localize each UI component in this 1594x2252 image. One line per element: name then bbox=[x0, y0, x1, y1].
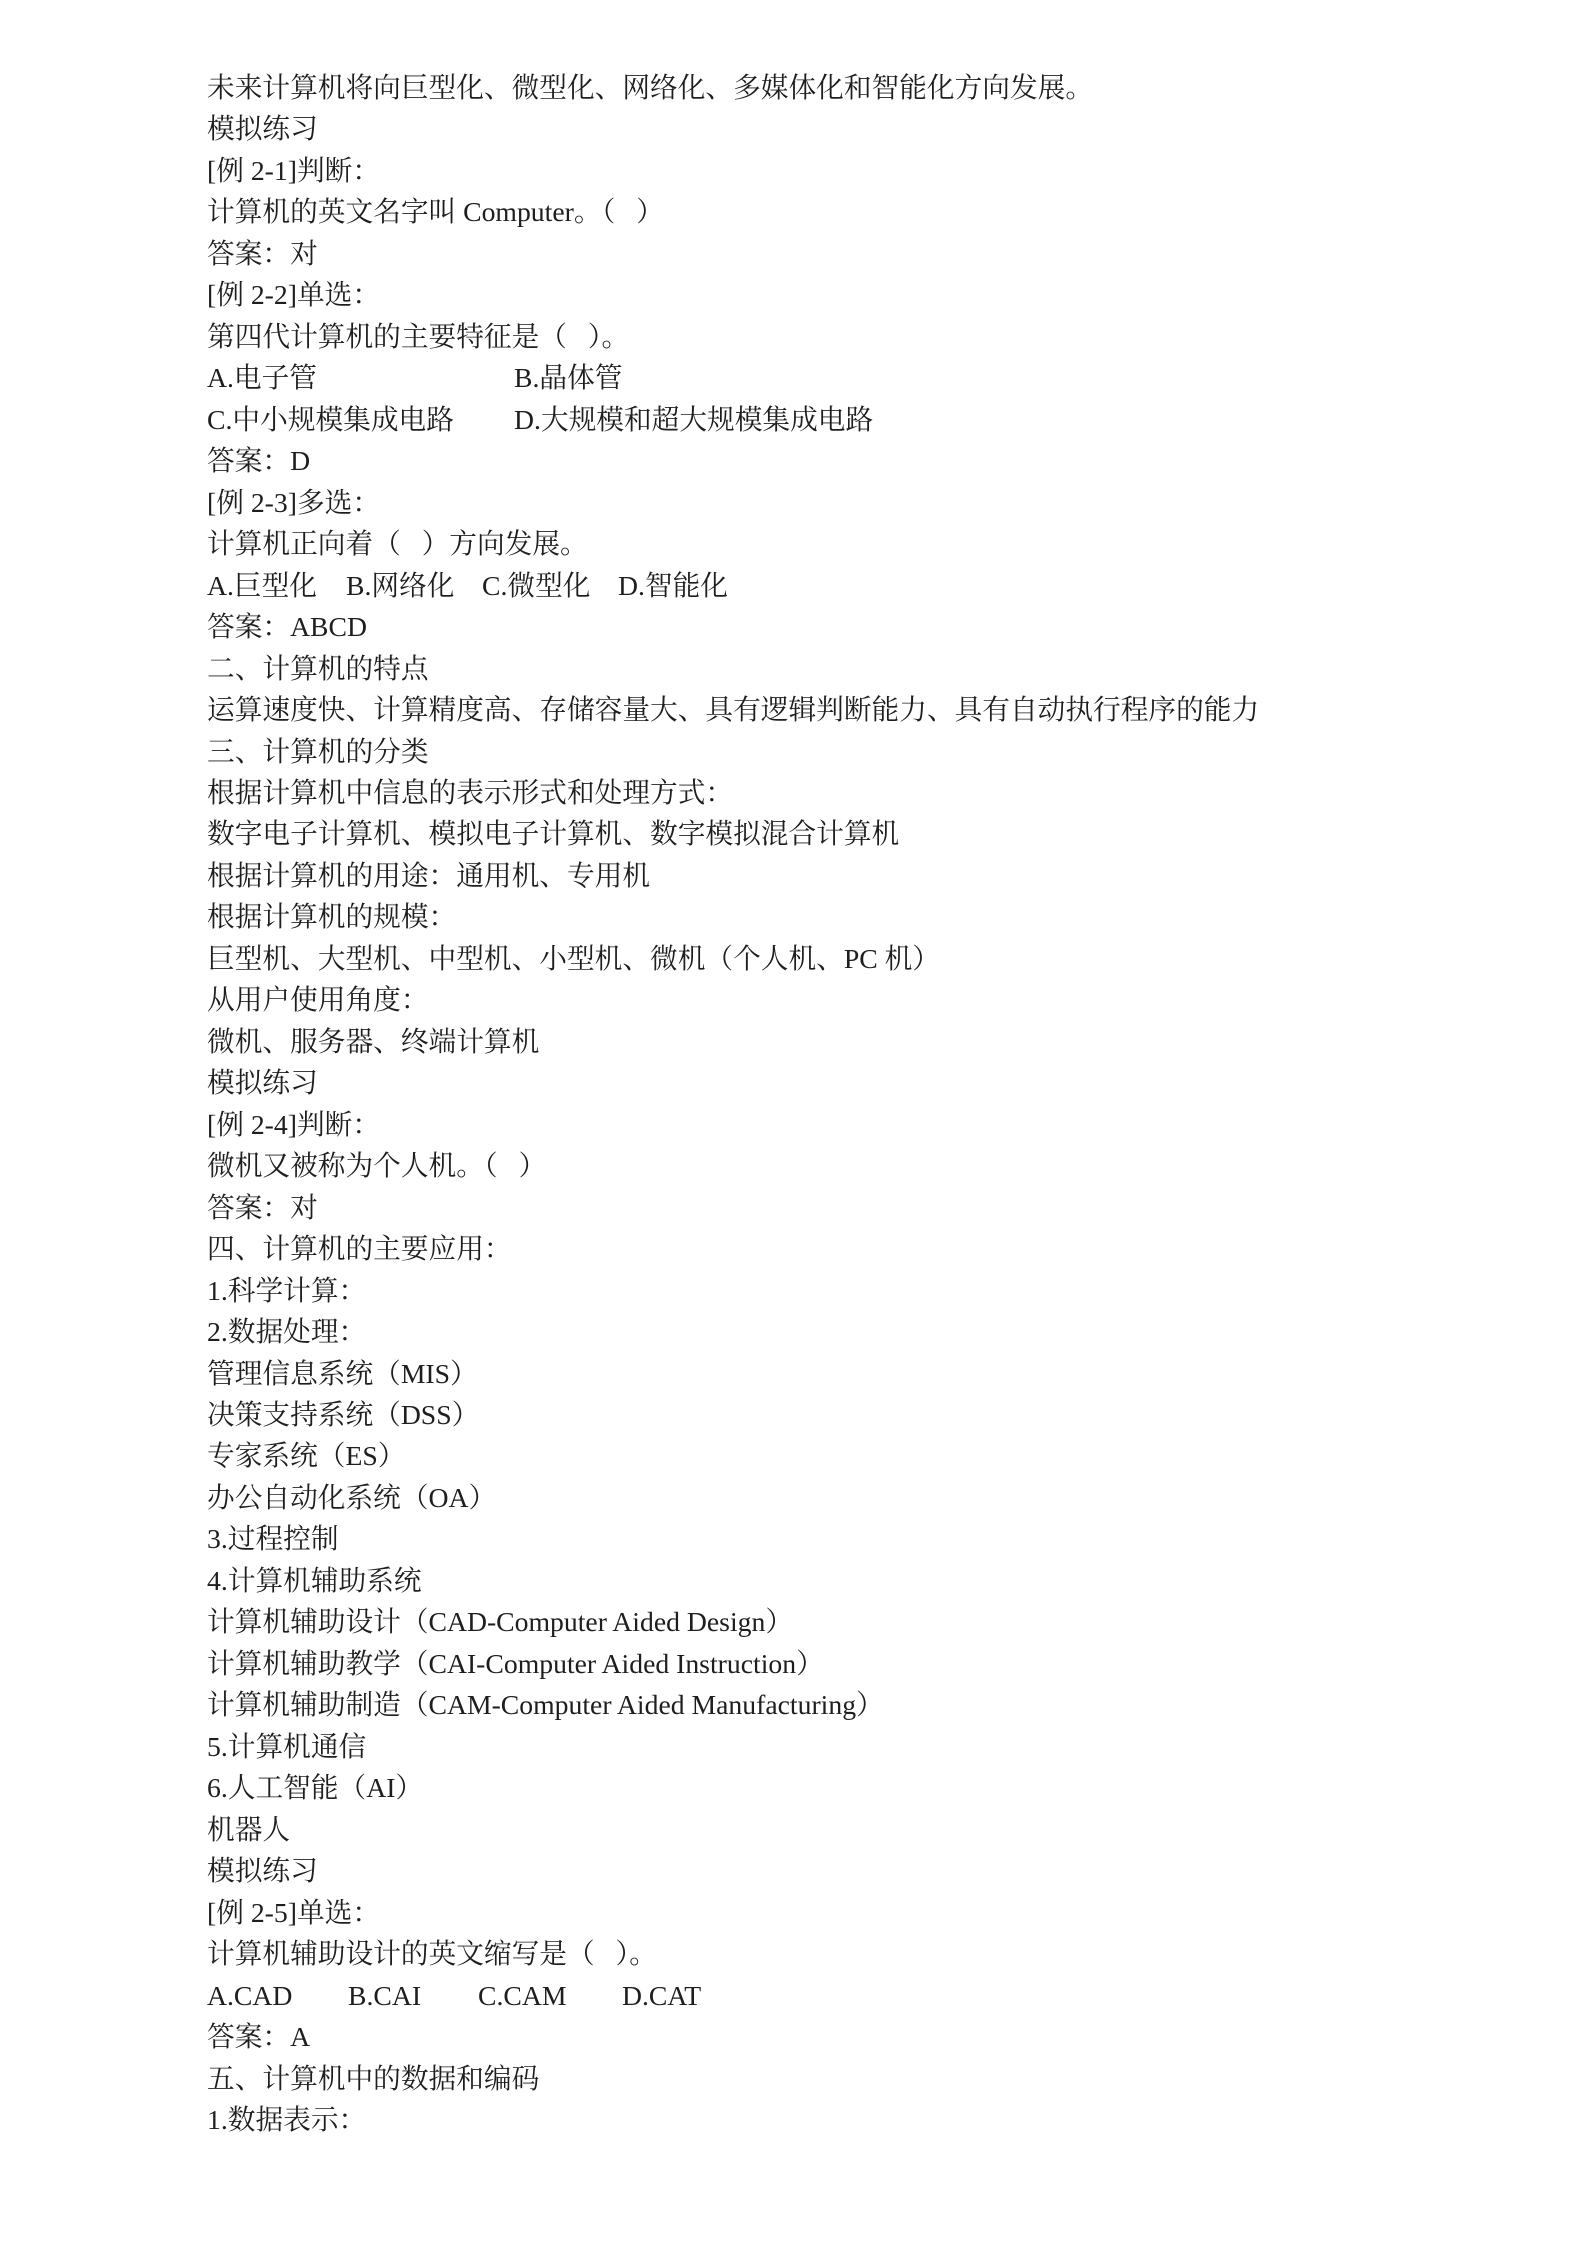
option-c: C.微型化 bbox=[482, 565, 590, 606]
document-page: 未来计算机将向巨型化、微型化、网络化、多媒体化和智能化方向发展。 模拟练习 [例… bbox=[0, 0, 1594, 2252]
example-question: 计算机的英文名字叫 Computer。（ ） bbox=[207, 191, 1507, 232]
option-a: A.巨型化 bbox=[207, 565, 317, 606]
option-b: B.CAI bbox=[348, 1975, 421, 2016]
option-b: B.晶体管 bbox=[514, 357, 622, 398]
section-line: 办公自动化系统（OA） bbox=[207, 1477, 1507, 1518]
section-line: 机器人 bbox=[207, 1809, 1507, 1850]
example-question: 计算机辅助设计的英文缩写是（ ）。 bbox=[207, 1933, 1507, 1974]
example-answer: 答案：A bbox=[207, 2016, 1507, 2057]
section-line: 根据计算机中信息的表示形式和处理方式： bbox=[207, 772, 1507, 813]
section-line: 3.过程控制 bbox=[207, 1518, 1507, 1559]
practice-heading: 模拟练习 bbox=[207, 1850, 1507, 1891]
section-line: 管理信息系统（MIS） bbox=[207, 1353, 1507, 1394]
section-line: 6.人工智能（AI） bbox=[207, 1767, 1507, 1808]
options-row: C.中小规模集成电路 D.大规模和超大规模集成电路 bbox=[207, 399, 1507, 440]
example-answer: 答案：对 bbox=[207, 233, 1507, 274]
example-label: [例 2-2]单选： bbox=[207, 274, 1507, 315]
example-answer: 答案：对 bbox=[207, 1187, 1507, 1228]
practice-heading: 模拟练习 bbox=[207, 1062, 1507, 1103]
section-line: 从用户使用角度： bbox=[207, 979, 1507, 1020]
practice-heading: 模拟练习 bbox=[207, 108, 1507, 149]
section-line: 2.数据处理： bbox=[207, 1311, 1507, 1352]
section-line: 计算机辅助设计（CAD-Computer Aided Design） bbox=[207, 1601, 1507, 1642]
section-line: 数字电子计算机、模拟电子计算机、数字模拟混合计算机 bbox=[207, 813, 1507, 854]
option-d: D.大规模和超大规模集成电路 bbox=[514, 399, 873, 440]
example-question: 第四代计算机的主要特征是（ ）。 bbox=[207, 316, 1507, 357]
section-heading: 四、计算机的主要应用： bbox=[207, 1228, 1507, 1269]
example-question: 计算机正向着（ ）方向发展。 bbox=[207, 523, 1507, 564]
example-label: [例 2-1]判断： bbox=[207, 150, 1507, 191]
section-line: 计算机辅助教学（CAI-Computer Aided Instruction） bbox=[207, 1643, 1507, 1684]
section-line: 1.科学计算： bbox=[207, 1270, 1507, 1311]
example-label: [例 2-4]判断： bbox=[207, 1104, 1507, 1145]
section-heading: 五、计算机中的数据和编码 bbox=[207, 2058, 1507, 2099]
option-a: A.CAD bbox=[207, 1975, 292, 2016]
section-line: 根据计算机的用途：通用机、专用机 bbox=[207, 855, 1507, 896]
section-line: 5.计算机通信 bbox=[207, 1726, 1507, 1767]
section-line: 专家系统（ES） bbox=[207, 1435, 1507, 1476]
section-line: 微机、服务器、终端计算机 bbox=[207, 1021, 1507, 1062]
section-line: 根据计算机的规模： bbox=[207, 896, 1507, 937]
example-label: [例 2-5]单选： bbox=[207, 1892, 1507, 1933]
options-row: A.巨型化 B.网络化 C.微型化 D.智能化 bbox=[207, 565, 1507, 606]
section-line: 决策支持系统（DSS） bbox=[207, 1394, 1507, 1435]
option-c: C.中小规模集成电路 bbox=[207, 399, 454, 440]
option-c: C.CAM bbox=[478, 1975, 566, 2016]
example-question: 微机又被称为个人机。（ ） bbox=[207, 1145, 1507, 1186]
section-line: 计算机辅助制造（CAM-Computer Aided Manufacturing… bbox=[207, 1684, 1507, 1725]
option-b: B.网络化 bbox=[346, 565, 454, 606]
example-label: [例 2-3]多选： bbox=[207, 482, 1507, 523]
options-row: A.电子管 B.晶体管 bbox=[207, 357, 1507, 398]
example-answer: 答案：ABCD bbox=[207, 606, 1507, 647]
option-a: A.电子管 bbox=[207, 357, 317, 398]
section-text: 运算速度快、计算精度高、存储容量大、具有逻辑判断能力、具有自动执行程序的能力 bbox=[207, 689, 1507, 730]
section-line: 1.数据表示： bbox=[207, 2099, 1507, 2140]
option-d: D.智能化 bbox=[618, 565, 728, 606]
section-line: 巨型机、大型机、中型机、小型机、微机（个人机、PC 机） bbox=[207, 938, 1507, 979]
document-body: 未来计算机将向巨型化、微型化、网络化、多媒体化和智能化方向发展。 模拟练习 [例… bbox=[207, 67, 1507, 2140]
section-heading: 三、计算机的分类 bbox=[207, 731, 1507, 772]
option-d: D.CAT bbox=[622, 1975, 701, 2016]
intro-line: 未来计算机将向巨型化、微型化、网络化、多媒体化和智能化方向发展。 bbox=[207, 67, 1507, 108]
section-line: 4.计算机辅助系统 bbox=[207, 1560, 1507, 1601]
example-answer: 答案：D bbox=[207, 440, 1507, 481]
options-row: A.CAD B.CAI C.CAM D.CAT bbox=[207, 1975, 1507, 2016]
section-heading: 二、计算机的特点 bbox=[207, 648, 1507, 689]
